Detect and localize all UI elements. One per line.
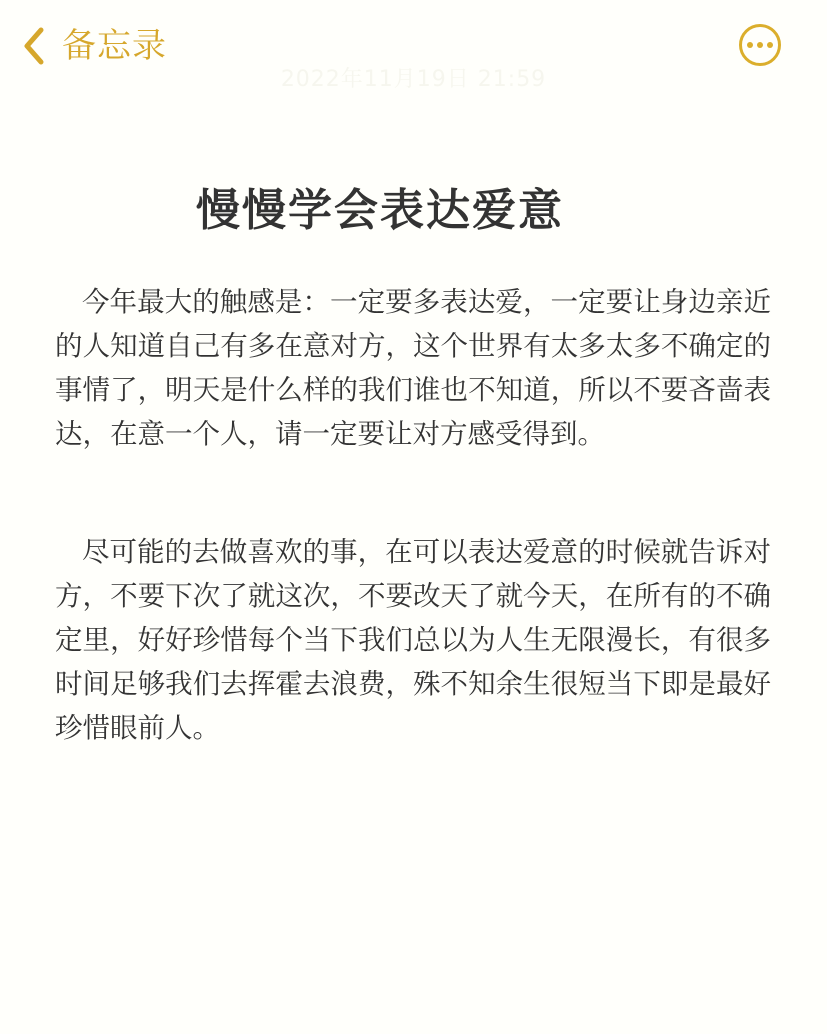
ellipsis-circle-icon-dot	[757, 42, 763, 48]
note-timestamp: 2022年11月19日 21:59	[0, 62, 827, 93]
more-options-button[interactable]	[739, 24, 781, 66]
note-paragraph-2: 尽可能的去做喜欢的事，在可以表达爱意的时候就告诉对方，不要下次了就这次，不要改天…	[55, 530, 771, 750]
ellipsis-circle-icon-dot	[767, 42, 773, 48]
chevron-left-icon	[22, 26, 46, 66]
note-paragraph-1: 今年最大的触感是：一定要多表达爱，一定要让身边亲近的人知道自己有多在意对方，这个…	[55, 280, 771, 456]
note-title: 慢慢学会表达爱意	[0, 174, 760, 238]
ellipsis-circle-icon-dot	[747, 42, 753, 48]
